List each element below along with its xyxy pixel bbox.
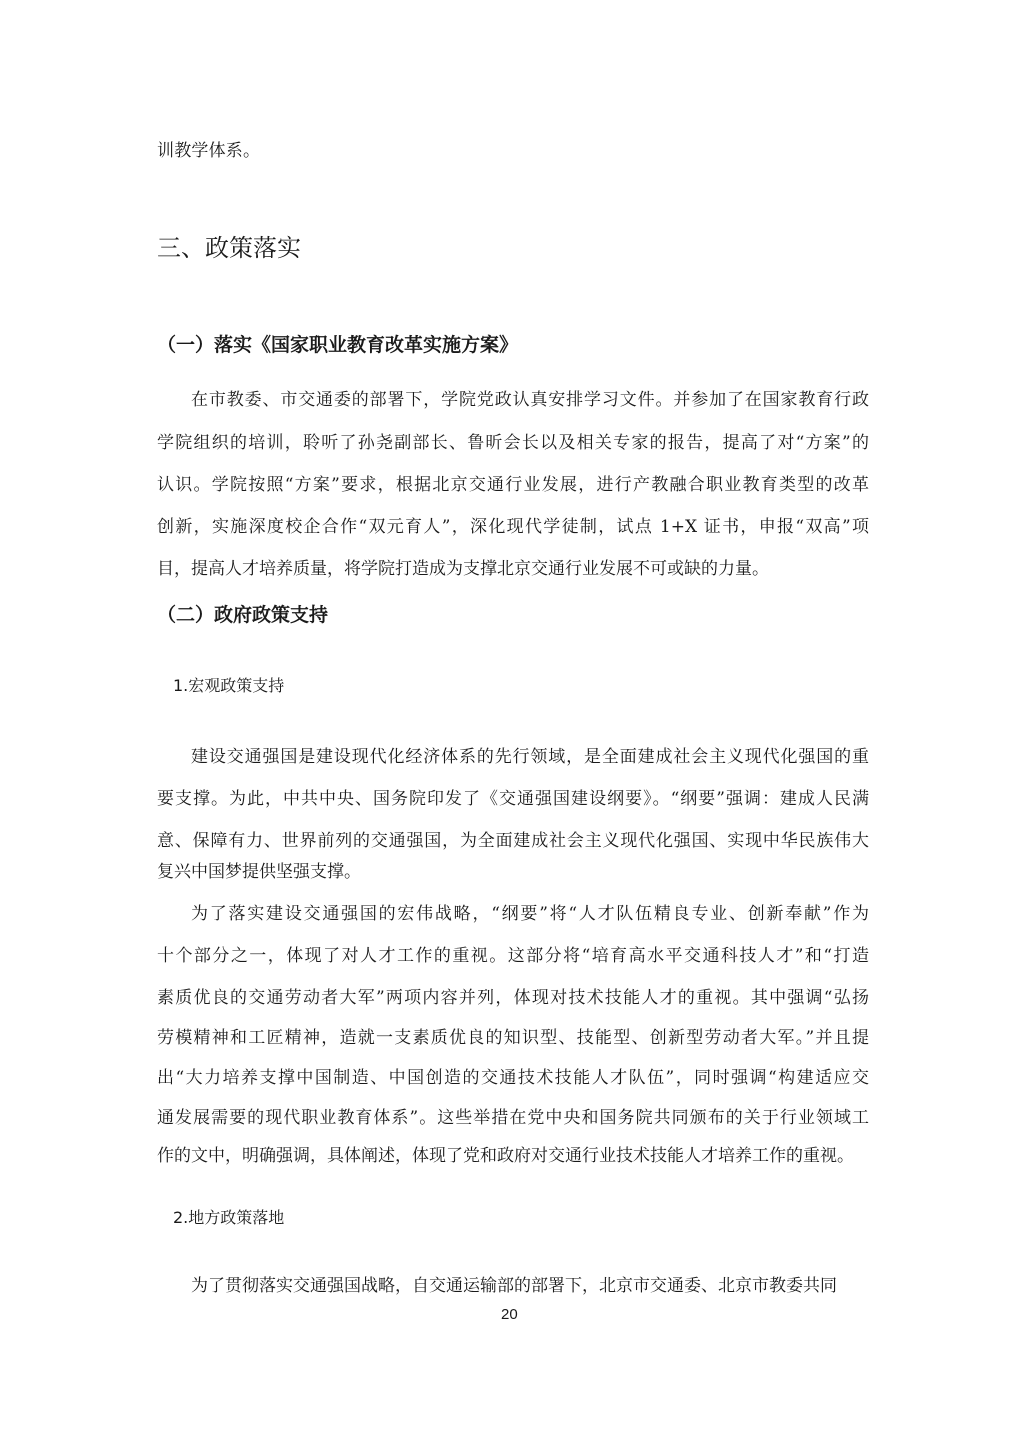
paragraph-line: 复兴中国梦提供坚强支撑。 xyxy=(157,857,869,882)
paragraph-line: 学院组织的培训，聆听了孙尧副部长、鲁昕会长以及相关专家的报告，提高了对“方案”的 xyxy=(157,428,869,453)
paragraph-line: 在市教委、市交通委的部署下，学院党政认真安排学习文件。并参加了在国家教育行政 xyxy=(191,385,869,410)
paragraph-line: 建设交通强国是建设现代化经济体系的先行领域，是全面建成社会主义现代化强国的重 xyxy=(191,742,869,767)
item-heading-2: 2.地方政策落地 xyxy=(173,1205,284,1228)
paragraph-line: 十个部分之一，体现了对人才工作的重视。这部分将“培育高水平交通科技人才”和“打造 xyxy=(157,941,869,966)
paragraph-line: 劳模精神和工匠精神，造就一支素质优良的知识型、技能型、创新型劳动者大军。”并且提 xyxy=(157,1023,869,1048)
continued-paragraph-fragment: 训教学体系。 xyxy=(157,136,260,161)
subsection-heading-1: （一）落实《国家职业教育改革实施方案》 xyxy=(157,330,518,357)
section-heading: 三、政策落实 xyxy=(157,228,301,263)
paragraph-line: 要支撑。为此，中共中央、国务院印发了《交通强国建设纲要》。“纲要”强调：建成人民… xyxy=(157,784,869,809)
paragraph-line: 创新，实施深度校企合作“双元育人”，深化现代学徒制，试点 1+X 证书，申报“双… xyxy=(157,512,869,537)
paragraph-line: 认识。学院按照“方案”要求，根据北京交通行业发展，进行产教融合职业教育类型的改革 xyxy=(157,470,869,495)
item-heading-1: 1.宏观政策支持 xyxy=(173,673,284,696)
page-number: 20 xyxy=(501,1306,518,1323)
paragraph-line: 素质优良的交通劳动者大军”两项内容并列，体现对技术技能人才的重视。其中强调“弘扬 xyxy=(157,983,869,1008)
paragraph-line: 目，提高人才培养质量，将学院打造成为支撑北京交通行业发展不可或缺的力量。 xyxy=(157,554,869,579)
paragraph-line: 作的文中，明确强调，具体阐述，体现了党和政府对交通行业技术技能人才培养工作的重视… xyxy=(157,1141,869,1166)
paragraph-line: 为了贯彻落实交通强国战略，自交通运输部的部署下，北京市交通委、北京市教委共同 xyxy=(191,1271,869,1296)
paragraph-line: 通发展需要的现代职业教育体系”。这些举措在党中央和国务院共同颁布的关于行业领域工 xyxy=(157,1103,869,1128)
document-page: 训教学体系。 三、政策落实 （一）落实《国家职业教育改革实施方案》 在市教委、市… xyxy=(0,0,1024,1448)
paragraph-line: 意、保障有力、世界前列的交通强国，为全面建成社会主义现代化强国、实现中华民族伟大 xyxy=(157,826,869,851)
paragraph-line: 出“大力培养支撑中国制造、中国创造的交通技术技能人才队伍”，同时强调“构建适应交 xyxy=(157,1063,869,1088)
subsection-heading-2: （二）政府政策支持 xyxy=(157,600,328,627)
paragraph-line: 为了落实建设交通强国的宏伟战略，“纲要”将“人才队伍精良专业、创新奉献”作为 xyxy=(191,899,869,924)
